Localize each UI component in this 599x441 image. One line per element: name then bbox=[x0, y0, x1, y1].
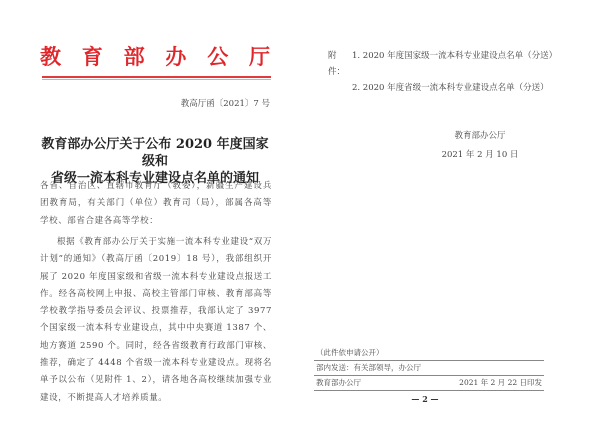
issuer-char: 公 bbox=[207, 41, 228, 71]
red-header-rule bbox=[42, 76, 271, 78]
signature-issuer: 教育部办公厅 bbox=[430, 127, 530, 146]
print-date: 2021 年 2 月 22 日印发 bbox=[459, 376, 542, 390]
disclosure-note: （此件依申请公开） bbox=[314, 345, 544, 360]
footer-block: （此件依申请公开） 部内发送：有关部领导，办公厅 教育部办公厅 2021 年 2… bbox=[314, 345, 544, 391]
page-number: — 2 — bbox=[400, 394, 450, 404]
attachment-item: 2. 2020 年度省级一流本科专业建设点名单（分送） bbox=[352, 80, 549, 96]
distribution-text: 部内发送：有关部领导，办公厅 bbox=[316, 361, 421, 375]
attachment-item: 1. 2020 年度国家级一流本科专业建设点名单（分送） bbox=[352, 48, 557, 80]
red-header-rule-thin bbox=[42, 79, 271, 80]
issuer-char: 厅 bbox=[249, 41, 270, 71]
issuer-char: 部 bbox=[124, 41, 145, 71]
issuer-header: 教 育 部 办 公 厅 bbox=[40, 41, 270, 71]
right-page: 附件： 1. 2020 年度国家级一流本科专业建设点名单（分送） 2. 2020… bbox=[300, 0, 599, 441]
addressee: 各省、自治区、直辖市教育厅（教委），新疆生产建设兵团教育局，有关部门（单位）教育… bbox=[40, 178, 272, 230]
body-paragraph: 根据《教育部办公厅关于实施一流本科专业建设“双万计划”的通知》（教高厅函〔201… bbox=[40, 234, 272, 407]
issuer-char: 教 bbox=[40, 41, 61, 71]
printer-name: 教育部办公厅 bbox=[316, 376, 361, 390]
document-number: 教高厅函〔2021〕7 号 bbox=[181, 97, 270, 109]
signature-block: 教育部办公厅 2021 年 2 月 10 日 bbox=[430, 127, 530, 165]
signature-date: 2021 年 2 月 10 日 bbox=[430, 146, 530, 165]
title-line: 教育部办公厅关于公布 2020 年度国家级和 bbox=[40, 136, 270, 170]
attachments-label: 附件： bbox=[328, 48, 352, 80]
left-page: 教 育 部 办 公 厅 教高厅函〔2021〕7 号 教育部办公厅关于公布 202… bbox=[0, 0, 300, 441]
distribution-row: 部内发送：有关部领导，办公厅 bbox=[314, 360, 544, 375]
issuer-char: 育 bbox=[82, 41, 103, 71]
issuer-char: 办 bbox=[165, 41, 186, 71]
print-row: 教育部办公厅 2021 年 2 月 22 日印发 bbox=[314, 375, 544, 391]
attachments-list: 附件： 1. 2020 年度国家级一流本科专业建设点名单（分送） 2. 2020… bbox=[328, 48, 557, 96]
